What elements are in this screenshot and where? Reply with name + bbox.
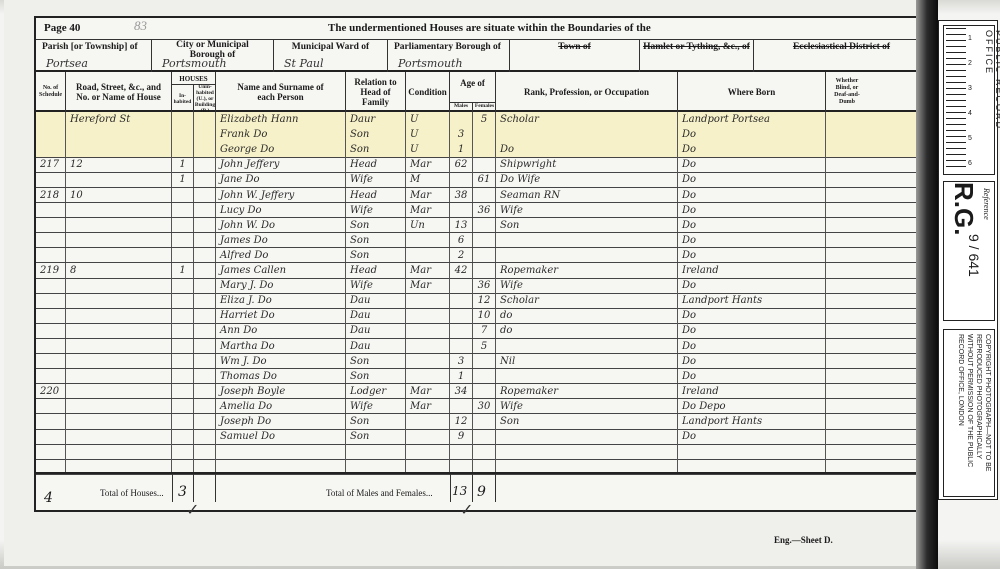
condition-cell [406,429,450,444]
birthplace-cell: Do [678,339,826,354]
total-females-value: 9 [477,484,486,500]
age-female-cell: 7 [473,323,496,338]
road-cell [66,354,172,369]
occupation-cell: Do Wife [496,172,678,187]
schedule-no-cell: 217 [36,157,66,172]
occupation-cell [496,127,678,142]
age-male-cell [450,278,473,293]
relation-cell: Daur [346,112,406,127]
uninhabited-cell [194,399,216,414]
relation-cell: Son [346,414,406,429]
age-male-cell: 42 [450,263,473,278]
birthplace-cell: Do [678,323,826,338]
condition-cell: Mar [406,157,450,172]
table-row[interactable]: Harriet DoDau10doDo [36,308,927,324]
schedule-no-cell [36,248,66,263]
birthplace-cell: Do [678,157,826,172]
col-road: Road, Street, &c., and No. or Name of Ho… [66,72,172,112]
road-cell [66,429,172,444]
age-female-cell [473,263,496,278]
age-male-cell: 34 [450,384,473,399]
uninhabited-cell [194,293,216,308]
relation-cell: Son [346,248,406,263]
condition-cell [406,444,450,459]
total-persons-label: Total of Males and Females... [326,488,433,498]
uninhabited-cell [194,369,216,384]
person-name-cell: Thomas Do [216,369,346,384]
inhabited-cell [172,384,194,399]
road-cell [66,203,172,218]
age-male-cell [450,399,473,414]
occupation-cell [496,248,678,263]
occupation-cell [496,444,678,459]
condition-cell: Un [406,218,450,233]
blind-deaf-cell [826,203,929,218]
table-row[interactable]: Ann DoDau7doDo [36,323,927,339]
occupation-cell: Do [496,142,678,157]
inhabited-cell [172,323,194,338]
total-males-value: 13 [452,484,467,498]
age-male-cell [450,323,473,338]
birthplace-cell: Ireland [678,384,826,399]
relation-cell: Dau [346,308,406,323]
birthplace-cell: Landport Hants [678,414,826,429]
blind-deaf-cell [826,112,929,127]
relation-cell: Head [346,188,406,203]
relation-cell: Dau [346,323,406,338]
age-male-cell: 2 [450,248,473,263]
reference-strip: 123456 PUBLIC RECORD OFFICE R.G. Referen… [938,20,998,500]
road-cell [66,127,172,142]
blind-deaf-cell [826,278,929,293]
age-female-cell [473,354,496,369]
schedule-no-cell [36,429,66,444]
condition-cell [406,323,450,338]
schedule-no-cell [36,172,66,187]
ruler-number: 3 [968,85,972,92]
road-cell [66,248,172,263]
birthplace-cell: Do [678,203,826,218]
table-row[interactable]: 217121John JefferyHeadMar62ShipwrightDo [36,157,927,173]
occupation-cell: Shipwright [496,157,678,172]
condition-cell: M [406,172,450,187]
road-cell [66,369,172,384]
age-male-cell: 3 [450,354,473,369]
road-cell [66,172,172,187]
road-cell [66,339,172,354]
person-name-cell: John W. Do [216,218,346,233]
age-female-cell: 5 [473,112,496,127]
age-male-cell: 13 [450,218,473,233]
relation-cell: Dau [346,339,406,354]
uninhabited-cell [194,127,216,142]
age-male-cell: 1 [450,142,473,157]
occupation-cell [496,339,678,354]
table-row[interactable]: Amelia DoWifeMar30WifeDo Depo [36,399,927,415]
schedule-no-cell [36,354,66,369]
uninhabited-cell [194,339,216,354]
schedule-no-cell [36,218,66,233]
person-name-cell: Ann Do [216,323,346,338]
borough-field: City or Municipal Borough of Portsmouth [152,40,274,72]
relation-cell: Head [346,263,406,278]
col-blind: Whether Blind, or Deaf-and-Dumb [826,72,868,112]
birthplace-cell: Do [678,278,826,293]
boundaries-row: Parish [or Township] of Portsea City or … [36,40,927,72]
blind-deaf-cell [826,248,929,263]
schedule-no-cell [36,414,66,429]
table-row[interactable]: Joseph DoSon12SonLandport Hants [36,414,927,430]
occupation-cell: Scholar [496,293,678,308]
age-female-cell [473,218,496,233]
col-condition: Condition [406,72,450,112]
uninhabited-cell [194,142,216,157]
parish-value: Portsea [46,57,88,70]
blind-deaf-cell [826,323,929,338]
count-mark: 4 [44,490,53,506]
table-row-highlighted[interactable]: Hereford StElizabeth HannDaurU5ScholarLa… [36,112,927,128]
hamlet-field: Hamlet or Tything, &c., of [640,40,754,72]
age-male-cell [450,112,473,127]
inhabited-cell [172,112,194,127]
condition-cell: Mar [406,399,450,414]
person-name-cell: Amelia Do [216,399,346,414]
blind-deaf-cell [826,339,929,354]
table-row[interactable]: 21810John W. JefferyHeadMar38Seaman RNDo [36,188,927,204]
road-cell [66,399,172,414]
occupation-cell: Wife [496,399,678,414]
table-row-highlighted[interactable]: George DoSonU1DoDo [36,142,927,158]
age-male-cell: 6 [450,233,473,248]
person-name-cell: Harriet Do [216,308,346,323]
birthplace-cell: Landport Hants [678,293,826,308]
reference-box: R.G. Reference 9 / 641 [943,181,995,321]
age-female-cell: 12 [473,293,496,308]
condition-cell [406,414,450,429]
blind-deaf-cell [826,354,929,369]
schedule-no-cell: 220 [36,384,66,399]
schedule-no-cell [36,112,66,127]
person-name-cell: Eliza J. Do [216,293,346,308]
table-row[interactable]: 21981James CallenHeadMar42RopemakerIrela… [36,263,927,279]
uninhabited-cell [194,429,216,444]
table-row[interactable]: Thomas DoSon1Do [36,369,927,385]
person-name-cell: George Do [216,142,346,157]
road-cell [66,384,172,399]
person-name-cell: Samuel Do [216,429,346,444]
table-row[interactable]: James DoSon6Do [36,233,927,249]
inhabited-cell: 1 [172,263,194,278]
age-female-cell [473,233,496,248]
birthplace-cell: Do [678,142,826,157]
table-row-highlighted[interactable]: Frank DoSonU3Do [36,127,927,143]
header-row: Page 40 83 The undermentioned Houses are… [36,18,927,40]
occupation-cell: Nil [496,354,678,369]
condition-cell: Mar [406,384,450,399]
ruler-number: 4 [968,110,972,117]
age-female-cell: 36 [473,278,496,293]
person-name-cell: Lucy Do [216,203,346,218]
check-mark: ✓ [186,500,199,520]
schedule-no-cell [36,142,66,157]
table-row[interactable]: Martha DoDau5Do [36,339,927,355]
age-male-cell: 9 [450,429,473,444]
relation-cell [346,444,406,459]
age-male-cell [450,172,473,187]
age-female-cell [473,157,496,172]
person-name-cell: Elizabeth Hann [216,112,346,127]
relation-cell: Son [346,369,406,384]
road-cell: Hereford St [66,112,172,127]
uninhabited-cell [194,308,216,323]
relation-cell: Son [346,354,406,369]
inhabited-cell [172,203,194,218]
person-name-cell: James Callen [216,263,346,278]
schedule-no-cell [36,369,66,384]
blind-deaf-cell [826,384,929,399]
table-row[interactable]: Wm J. DoSon3NilDo [36,354,927,370]
schedule-no-cell [36,278,66,293]
ruler-number: 2 [968,60,972,67]
inhabited-cell [172,188,194,203]
person-name-cell: Joseph Boyle [216,384,346,399]
age-female-cell: 30 [473,399,496,414]
occupation-cell: Son [496,218,678,233]
parliamentary-borough-value: Portsmouth [398,57,463,70]
person-name-cell: Frank Do [216,127,346,142]
page-number: Page 40 [44,22,80,34]
condition-cell: U [406,112,450,127]
relation-cell: Wife [346,203,406,218]
inhabited-cell [172,308,194,323]
col-born: Where Born [678,72,826,112]
blind-deaf-cell [826,308,929,323]
blind-deaf-cell [826,263,929,278]
birthplace-cell: Do [678,308,826,323]
folio-mark: 83 [134,18,147,34]
borough-value: Portsmouth [162,57,227,70]
ecclesiastical-district-field: Ecclesiastical District of [754,40,929,72]
inhabited-cell: 1 [172,157,194,172]
road-cell: 12 [66,157,172,172]
birthplace-cell: Do [678,127,826,142]
ruler-number: 5 [968,135,972,142]
age-male-cell: 62 [450,157,473,172]
birthplace-cell: Do [678,429,826,444]
relation-cell: Son [346,233,406,248]
condition-cell [406,248,450,263]
road-cell [66,293,172,308]
relation-cell: Son [346,142,406,157]
inhabited-cell [172,127,194,142]
birthplace-cell: Do [678,218,826,233]
schedule-no-cell [36,233,66,248]
occupation-cell [496,429,678,444]
uninhabited-cell [194,218,216,233]
ruler-numbers: 123456 [968,26,972,176]
relation-cell: Wife [346,278,406,293]
condition-cell: Mar [406,263,450,278]
town-field: Town of [510,40,640,72]
person-name-cell: Mary J. Do [216,278,346,293]
table-row[interactable]: Mary J. DoWifeMar36WifeDo [36,278,927,294]
condition-cell: Mar [406,203,450,218]
reference-label: Reference [982,188,991,220]
age-male-cell [450,308,473,323]
age-female-cell [473,248,496,263]
age-female-cell: 61 [473,172,496,187]
person-name-cell: Alfred Do [216,248,346,263]
birthplace-cell: Do [678,248,826,263]
blind-deaf-cell [826,293,929,308]
birthplace-cell: Do [678,188,826,203]
road-cell [66,218,172,233]
occupation-cell: Son [496,414,678,429]
col-name: Name and Surname of each Person [216,72,346,112]
uninhabited-cell [194,248,216,263]
person-name-cell: Joseph Do [216,414,346,429]
ruler-number: 1 [968,35,972,42]
age-female-cell: 36 [473,203,496,218]
age-male-cell [450,444,473,459]
check-mark: ✓ [460,500,473,520]
birthplace-cell: Do [678,369,826,384]
uninhabited-cell [194,354,216,369]
person-name-cell: Wm J. Do [216,354,346,369]
uninhabited-cell [194,384,216,399]
relation-cell: Dau [346,293,406,308]
person-name-cell: John W. Jeffery [216,188,346,203]
occupation-cell [496,233,678,248]
road-cell: 10 [66,188,172,203]
uninhabited-cell [194,172,216,187]
condition-cell: Mar [406,188,450,203]
table-row[interactable]: Samuel DoSon9Do [36,429,927,445]
ruler-title: PUBLIC RECORD OFFICE [984,30,1000,174]
inhabited-cell [172,399,194,414]
schedule-no-cell [36,339,66,354]
inhabited-cell [172,248,194,263]
schedule-no-cell [36,308,66,323]
person-name-cell: John Jeffery [216,157,346,172]
age-female-cell [473,444,496,459]
totals-row: 4 Total of Houses... 3 Total of Males an… [36,472,927,512]
condition-cell: U [406,142,450,157]
blind-deaf-cell [826,444,929,459]
person-name-cell: James Do [216,233,346,248]
col-females: Females [473,102,496,112]
boundaries-banner: The undermentioned Houses are situate wi… [328,22,651,34]
col-occupation: Rank, Profession, or Occupation [496,72,678,112]
person-name-cell: Martha Do [216,339,346,354]
age-male-cell: 38 [450,188,473,203]
uninhabited-cell [194,323,216,338]
table-row[interactable]: Lucy DoWifeMar36WifeDo [36,203,927,219]
occupation-cell: Ropemaker [496,384,678,399]
inhabited-cell [172,233,194,248]
blind-deaf-cell [826,127,929,142]
condition-cell [406,233,450,248]
age-male-cell [450,293,473,308]
uninhabited-cell [194,414,216,429]
col-inhabited: In-habited [172,84,194,112]
age-female-cell [473,127,496,142]
birthplace-cell: Landport Portsea [678,112,826,127]
copyright-notice: Copyright photograph—not to be reproduce… [943,329,995,497]
age-female-cell [473,384,496,399]
ruler-number: 6 [968,160,972,167]
census-form: Page 40 83 The undermentioned Houses are… [34,16,929,512]
uninhabited-cell [194,233,216,248]
inhabited-cell [172,339,194,354]
birthplace-cell: Do [678,233,826,248]
column-headers: No. of Schedule Road, Street, &c., and N… [36,72,927,112]
table-row[interactable]: 220Joseph BoyleLodgerMar34RopemakerIrela… [36,384,927,400]
inhabited-cell [172,444,194,459]
inhabited-cell [172,218,194,233]
age-male-cell: 3 [450,127,473,142]
uninhabited-cell [194,203,216,218]
occupation-cell: Wife [496,278,678,293]
ruler-ticks [946,28,966,172]
parish-field: Parish [or Township] of Portsea [36,40,152,72]
uninhabited-cell [194,263,216,278]
road-cell [66,308,172,323]
blind-deaf-cell [826,429,929,444]
blind-deaf-cell [826,369,929,384]
inhabited-cell [172,293,194,308]
blind-deaf-cell [826,142,929,157]
condition-cell: U [406,127,450,142]
age-female-cell [473,414,496,429]
schedule-no-cell [36,127,66,142]
blind-deaf-cell [826,399,929,414]
occupation-cell [496,369,678,384]
schedule-no-cell [36,323,66,338]
table-row[interactable]: John W. DoSonUn13SonDo [36,218,927,234]
condition-cell [406,339,450,354]
ward-value: St Paul [284,57,324,70]
age-female-cell: 10 [473,308,496,323]
condition-cell [406,308,450,323]
schedule-no-cell [36,444,66,459]
road-cell [66,444,172,459]
condition-cell [406,369,450,384]
relation-cell: Son [346,429,406,444]
occupation-cell: Scholar [496,112,678,127]
person-name-cell: Jane Do [216,172,346,187]
birthplace-cell: Do [678,172,826,187]
reference-piece: 9 / 641 [966,234,982,277]
age-female-cell [473,188,496,203]
table-row[interactable]: Alfred DoSon2Do [36,248,927,264]
person-name-cell [216,444,346,459]
blind-deaf-cell [826,172,929,187]
table-row[interactable] [36,444,927,460]
inhabited-cell [172,142,194,157]
inhabited-cell: 1 [172,172,194,187]
road-cell [66,323,172,338]
age-female-cell [473,369,496,384]
occupation-cell: Seaman RN [496,188,678,203]
age-female-cell [473,429,496,444]
col-males: Males [450,102,473,112]
table-row[interactable]: 1Jane DoWifeM61Do WifeDo [36,172,927,188]
inhabited-cell [172,414,194,429]
table-row[interactable]: Eliza J. DoDau12ScholarLandport Hants [36,293,927,309]
uninhabited-cell [194,444,216,459]
relation-cell: Son [346,127,406,142]
